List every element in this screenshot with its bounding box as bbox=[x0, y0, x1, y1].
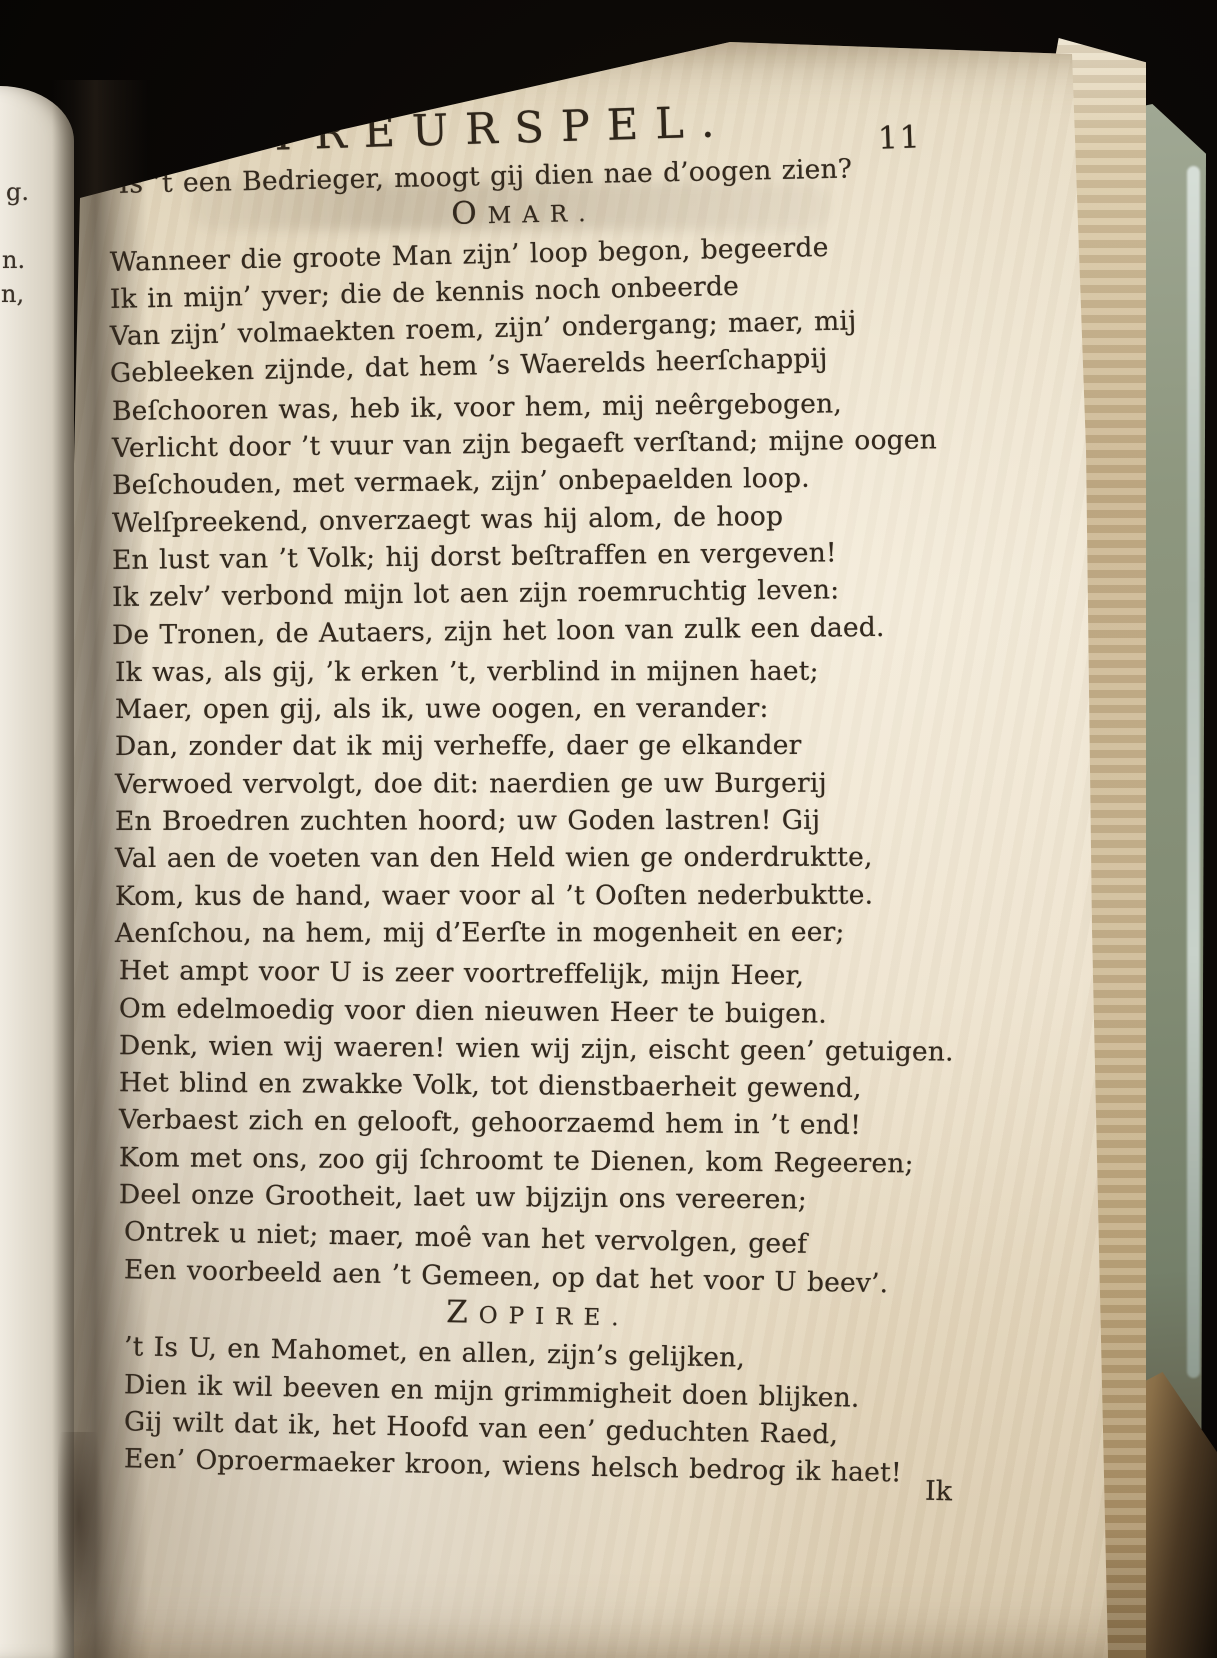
text-line: Dan, zonder dat ik mij verheffe, daer ge… bbox=[115, 727, 943, 766]
text-line-content: Het blind en zwakke Volk, tot dienstbaer… bbox=[119, 1067, 862, 1104]
facing-text-fragment: n. bbox=[2, 246, 25, 274]
text-line-content: Maer, open gij, als ik, uwe oogen, en ve… bbox=[115, 693, 769, 725]
text-line-content: Verlicht door ’t vuur van zijn begaeft v… bbox=[112, 424, 937, 464]
catchword: Ik bbox=[925, 1476, 953, 1508]
text-line-content: De Tronen, de Autaers, zijn het loon van… bbox=[112, 611, 885, 650]
text-line: De Tronen, de Autaers, zijn het loon van… bbox=[112, 608, 940, 654]
text-line-content: Kom, kus de hand, waer voor al ’t Ooſten… bbox=[115, 879, 873, 911]
book-photo: TREURSPEL. 11 ’Is ’t een Bedrieger, moog… bbox=[0, 0, 1217, 1658]
text-line: En Broedren zuchten hoord; uw Goden last… bbox=[115, 802, 943, 841]
text-line-content: En lust van ’t Volk; hij dorst beſtraffe… bbox=[112, 537, 837, 576]
text-line: Verbaest zich en gelooft, gehoorzaemd he… bbox=[119, 1101, 947, 1145]
verse-text-block: ’Is ’t een Bedrieger, moogt gij dien nae… bbox=[110, 166, 938, 1477]
text-line: Om edelmoedig voor dien nieuwen Heer te … bbox=[119, 990, 947, 1034]
text-line-content: Verbaest zich en gelooft, gehoorzaemd he… bbox=[119, 1104, 861, 1141]
text-line: Kom, kus de hand, waer voor al ’t Ooſten… bbox=[115, 876, 943, 915]
text-line: Maer, open gij, als ik, uwe oogen, en ve… bbox=[115, 690, 943, 729]
book-page: TREURSPEL. 11 ’Is ’t een Bedrieger, moog… bbox=[40, 30, 1150, 1658]
text-line: Deel onze Grootheit, laet uw bijzijn ons… bbox=[119, 1176, 947, 1220]
text-line-content: ZOPIRE. bbox=[446, 1302, 630, 1331]
text-line: Val aen de voeten van den Held wien ge o… bbox=[115, 839, 943, 878]
text-line-content: Denk, wien wij waeren! wien wij zijn, ei… bbox=[119, 1030, 954, 1068]
text-line-content: Aenſchou, na hem, mij d’Eerſte in mogenh… bbox=[115, 917, 845, 949]
text-line-content: Dan, zonder dat ik mij verheffe, daer ge… bbox=[115, 730, 802, 762]
text-line: Kom met ons, zoo gij ſchroomt te Dienen,… bbox=[119, 1139, 947, 1183]
text-line: Verwoed vervolgt, doe dit: naerdien ge u… bbox=[115, 764, 943, 803]
text-line-content: OMAR. bbox=[451, 201, 597, 230]
facing-text-fragment: n, bbox=[1, 280, 24, 308]
text-line-content: Val aen de voeten van den Held wien ge o… bbox=[115, 842, 873, 874]
text-line-content: En Broedren zuchten hoord; uw Goden last… bbox=[115, 805, 820, 837]
text-line-content: Om edelmoedig voor dien nieuwen Heer te … bbox=[119, 993, 827, 1030]
text-line-content: Beſchouden, met vermaek, zijn’ onbepaeld… bbox=[112, 463, 810, 501]
text-line: Het ampt voor U is zeer voortreffelijk, … bbox=[119, 952, 947, 996]
facing-text-fragment: g. bbox=[6, 178, 29, 206]
text-line-content: Verwoed vervolgt, doe dit: naerdien ge u… bbox=[115, 767, 827, 799]
text-line-content: Beſchooren was, heb ik, voor hem, mij ne… bbox=[112, 388, 842, 427]
text-line-content: Deel onze Grootheit, laet uw bijzijn ons… bbox=[119, 1179, 807, 1215]
facing-page-sliver: g. n. n, bbox=[0, 86, 74, 1658]
text-line: Aenſchou, na hem, mij d’Eerſte in mogenh… bbox=[115, 913, 943, 952]
text-line-content: Welſpreekend, onverzaegt was hij alom, d… bbox=[112, 501, 783, 539]
text-line-content: Ik was, als gij, ’k erken ’t, verblind i… bbox=[115, 656, 819, 688]
text-line-content: Kom met ons, zoo gij ſchroomt te Dienen,… bbox=[119, 1142, 914, 1179]
text-line-content: Ik zelv’ verbond mijn lot aen zijn roemr… bbox=[112, 575, 840, 614]
text-line: Ik was, als gij, ’k erken ’t, verblind i… bbox=[115, 652, 943, 691]
text-line-content: Het ampt voor U is zeer voortreffelijk, … bbox=[119, 955, 804, 991]
